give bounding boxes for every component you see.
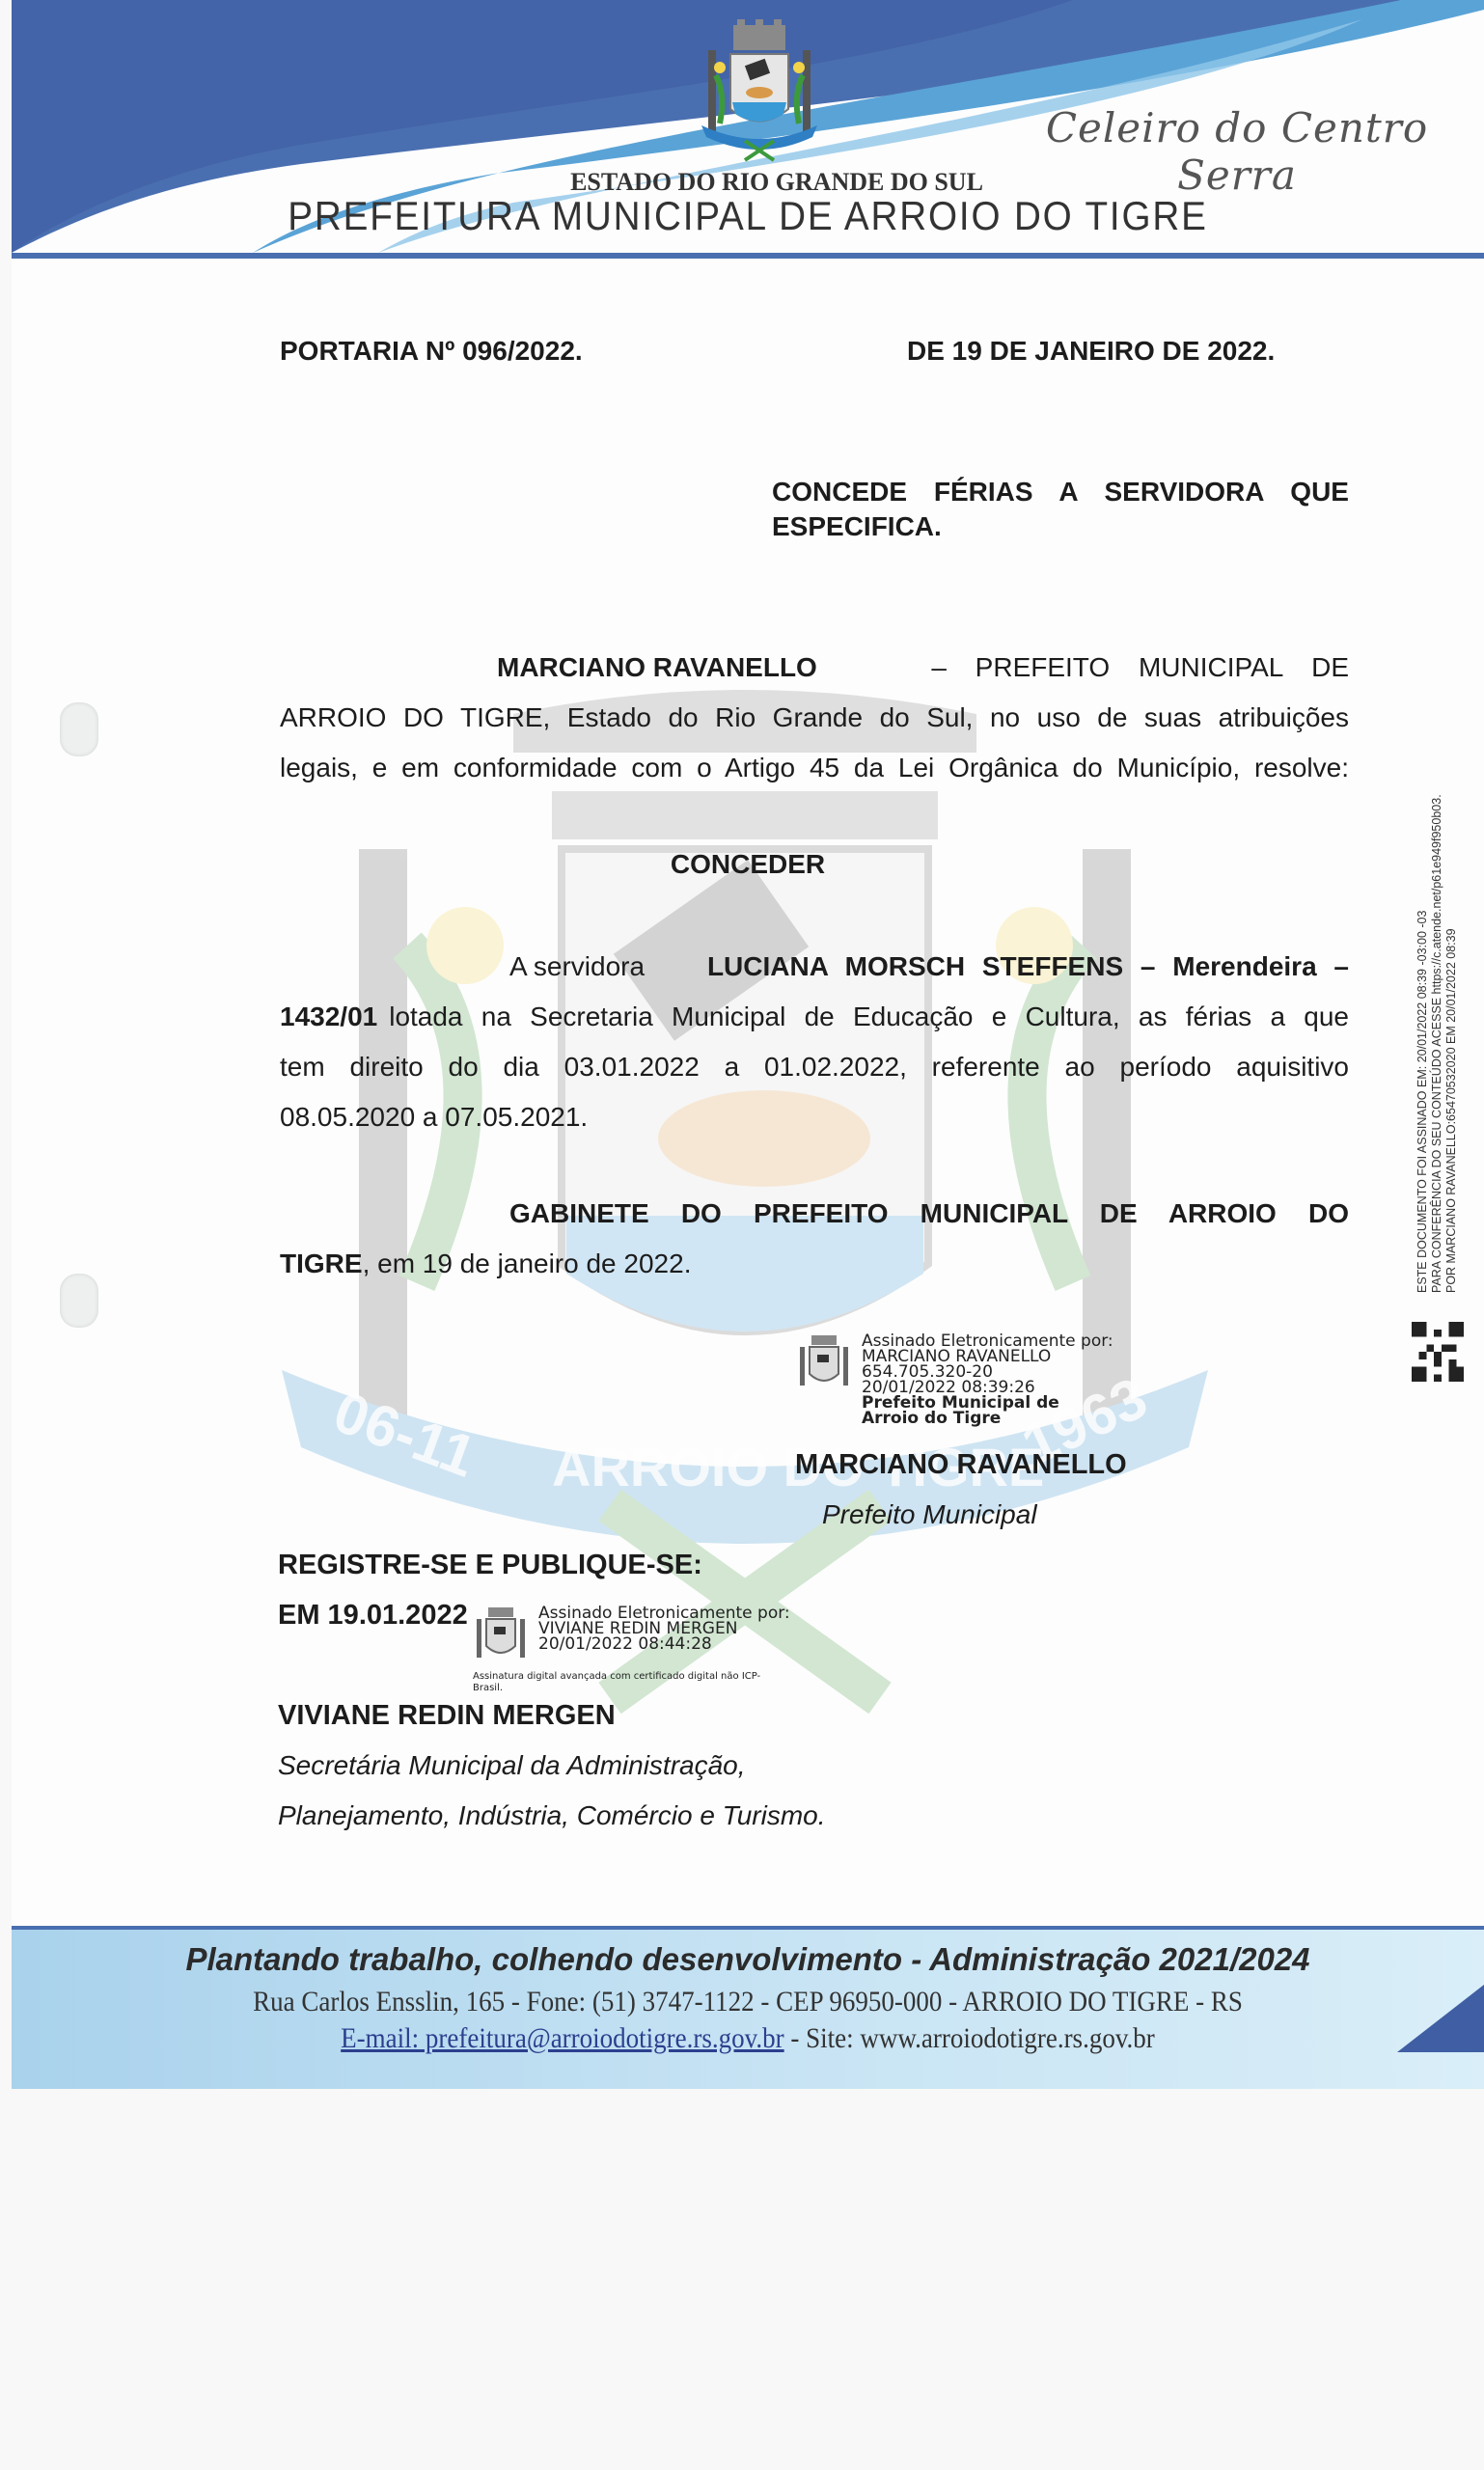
preamble-line-3: legais, e em conformidade com o Artigo 4… [280, 743, 1349, 793]
document-ementa: CONCEDE FÉRIAS A SERVIDORA QUE ESPECIFIC… [772, 475, 1349, 544]
preamble-line-2: ARROIO DO TIGRE, Estado do Rio Grande do… [280, 693, 1349, 743]
mayor-name: MARCIANO RAVANELLO [497, 643, 817, 693]
mayor-printed-name: MARCIANO RAVANELLO [795, 1440, 1127, 1490]
footer-address: Rua Carlos Ensslin, 165 - Fone: (51) 374… [85, 1986, 1410, 2018]
closing-date: , em 19 de janeiro de 2022. [363, 1249, 692, 1278]
body-line-1: A servidora LUCIANA MORSCH STEFFENS – Me… [280, 942, 1349, 992]
signature-crest-icon [798, 1333, 850, 1395]
e-signature-timestamp: 20/01/2022 08:44:28 [538, 1636, 790, 1652]
employee-registration: 1432/01 [280, 992, 377, 1042]
document-number: PORTARIA Nº 096/2022. [280, 326, 583, 376]
secretary-role-line-1: Secretária Municipal da Administração, [278, 1741, 746, 1791]
footer-contact: E-mail: prefeitura@arroiodotigre.rs.gov.… [85, 2022, 1410, 2055]
closing-city: TIGRE [280, 1249, 363, 1278]
hole-punch [60, 1274, 98, 1328]
secretary-e-signature: Assinado Eletronicamente por: VIVIANE RE… [475, 1605, 790, 1667]
preamble-line-1: MARCIANO RAVANELLO – PREFEITO MUNICIPAL … [280, 643, 1349, 693]
closing-line-2: TIGRE, em 19 de janeiro de 2022. [280, 1239, 1349, 1289]
qr-code-icon[interactable] [1411, 1322, 1465, 1382]
footer-site[interactable]: - Site: www.arroiodotigre.rs.gov.br [784, 2022, 1155, 2054]
municipal-coat-of-arms-icon [687, 17, 832, 162]
body-prefix: A servidora [509, 942, 645, 992]
employee-name: LUCIANA MORSCH STEFFENS – Merendeira – [707, 942, 1349, 992]
closing-line-1: GABINETE DO PREFEITO MUNICIPAL DE ARROIO… [280, 1189, 1349, 1239]
mayor-printed-role: Prefeito Municipal [822, 1490, 1037, 1540]
body-line-2: 1432/01 lotada na Secretaria Municipal d… [280, 992, 1349, 1042]
digital-signature-stamp: ESTE DOCUMENTO FOI ASSINADO EM: 20/01/20… [1415, 794, 1459, 1293]
document-date: DE 19 DE JANEIRO DE 2022. [907, 326, 1275, 376]
body-line-3: tem direito do dia 03.01.2022 a 01.02.20… [280, 1042, 1349, 1092]
secretary-printed-name: VIVIANE REDIN MERGEN [278, 1690, 616, 1741]
mayor-e-signature: Assinado Eletronicamente por: MARCIANO R… [798, 1333, 1113, 1426]
stamp-line-1: ESTE DOCUMENTO FOI ASSINADO EM: 20/01/20… [1415, 794, 1430, 1293]
hole-punch [60, 702, 98, 756]
preamble-title: – PREFEITO MUNICIPAL DE [931, 643, 1349, 693]
stamp-line-3: POR MARCIANO RAVANELLO:65470532020 EM 20… [1444, 794, 1459, 1293]
body-line-4: 08.05.2020 a 07.05.2021. [280, 1092, 1349, 1142]
register-date: EM 19.01.2022 [278, 1590, 468, 1640]
body-line-2-text: lotada na Secretaria Municipal de Educaç… [389, 992, 1349, 1042]
document-page: Celeiro do Centro Serra ESTADO DO RIO GR… [12, 0, 1484, 2089]
secretary-role-line-2: Planejamento, Indústria, Comércio e Turi… [278, 1791, 826, 1841]
municipality-name: PREFEITURA MUNICIPAL DE ARROIO DO TIGRE [70, 193, 1425, 239]
header-divider [12, 253, 1484, 259]
e-signature-role-city: Arroio do Tigre [862, 1411, 1113, 1426]
stamp-line-2[interactable]: PARA CONFERÊNCIA DO SEU CONTEÚDO ACESSE … [1430, 794, 1444, 1293]
signature-crest-icon [475, 1605, 527, 1667]
register-publish-heading: REGISTRE-SE E PUBLIQUE-SE: [278, 1540, 702, 1590]
action-heading: CONCEDER [12, 839, 1484, 890]
footer-email-link[interactable]: E-mail: prefeitura@arroiodotigre.rs.gov.… [341, 2022, 783, 2054]
svg-text:06-11: 06-11 [326, 1379, 484, 1489]
footer-slogan: Plantando trabalho, colhendo desenvolvim… [12, 1941, 1484, 1978]
